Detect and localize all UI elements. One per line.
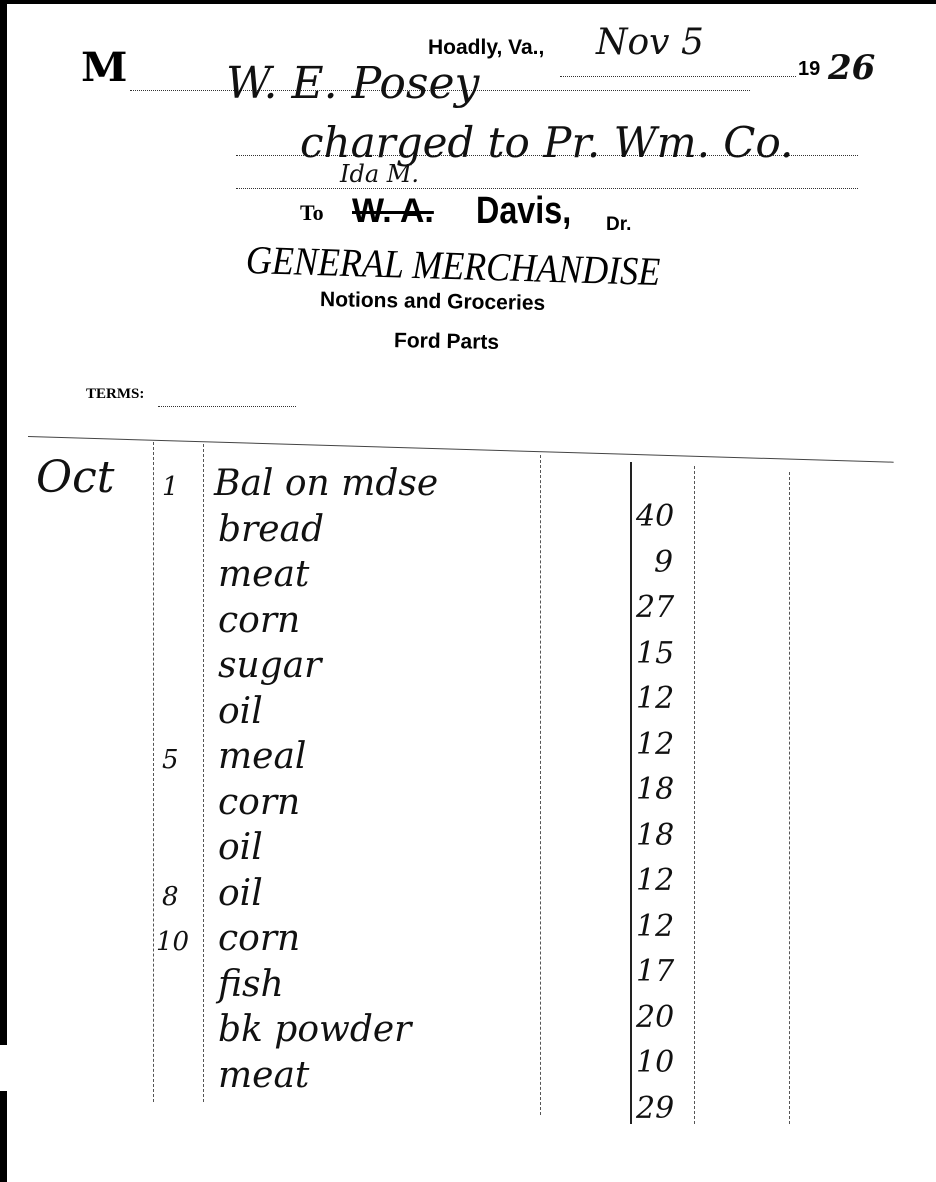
- column-divider-item: [203, 444, 204, 1102]
- ledger-amount: 12: [636, 730, 674, 760]
- customer-name: W. E. Posey: [226, 58, 479, 109]
- ledger-day: 8: [162, 882, 179, 912]
- ledger-month: Oct: [36, 452, 114, 503]
- ledger-amount: 18: [636, 775, 674, 805]
- merchant-surname: Davis,: [476, 190, 571, 233]
- ledger-item: sugar: [218, 648, 321, 684]
- ledger-amount: 12: [636, 866, 674, 896]
- ledger-amount: 18: [636, 821, 674, 851]
- ledger-top-rule: [28, 436, 894, 463]
- ledger-item: Bal on mdse: [214, 466, 438, 502]
- merchant-correction: Ida M.: [340, 160, 419, 188]
- ledger-amount: 29: [636, 1094, 674, 1124]
- ledger-item: corn: [218, 921, 300, 957]
- ledger-amount: 15: [636, 639, 674, 669]
- to-label: To: [300, 200, 324, 226]
- ledger-item: meat: [218, 557, 309, 593]
- column-divider-extension: [789, 472, 790, 1124]
- year-handwritten: 26: [828, 48, 875, 88]
- ledger-item: meal: [218, 739, 306, 775]
- ledger-amount: 12: [636, 684, 674, 714]
- ledger-day: 1: [162, 472, 179, 502]
- ledger-item: corn: [218, 785, 300, 821]
- ledger-day: 5: [162, 745, 179, 775]
- date-line: [560, 76, 796, 77]
- ledger-amount: 12: [636, 912, 674, 942]
- ledger-item: bread: [218, 512, 324, 548]
- column-divider-amount: [630, 462, 632, 1124]
- business-type: GENERAL MERCHANDISE: [245, 236, 660, 295]
- ledger-amount: 9: [654, 548, 673, 578]
- column-divider-cents: [694, 466, 695, 1124]
- business-line-2: Notions and Groceries: [320, 288, 546, 316]
- scan-border-left-lower: [0, 1091, 7, 1182]
- charge-line: [236, 188, 858, 189]
- business-line-3: Ford Parts: [394, 329, 499, 355]
- scan-border-top: [0, 0, 936, 4]
- terms-label: TERMS:: [86, 386, 144, 403]
- ledger-item: oil: [218, 830, 263, 866]
- ledger-day: 10: [156, 927, 189, 957]
- column-divider-day: [153, 442, 154, 1102]
- ledger-item: bk powder: [218, 1012, 411, 1048]
- ledger-item: oil: [218, 694, 263, 730]
- debtor-abbrev: Dr.: [606, 214, 631, 236]
- terms-line: [158, 406, 296, 407]
- column-divider-qty: [540, 455, 541, 1115]
- ledger-amount: 17: [636, 957, 674, 987]
- ledger-amount: 27: [636, 593, 674, 623]
- ledger-amount: 40: [636, 502, 674, 532]
- year-printed: 19: [798, 58, 820, 81]
- ledger-item: corn: [218, 603, 300, 639]
- ledger-amount: 10: [636, 1048, 674, 1078]
- ledger-item: oil: [218, 876, 263, 912]
- salutation-letter: M: [81, 44, 123, 91]
- merchant-initials-struck: W. A.: [352, 192, 434, 231]
- place-label: Hoadly, Va.,: [428, 36, 544, 60]
- ledger-amount: 20: [636, 1003, 674, 1033]
- ledger-item: fish: [218, 967, 284, 1003]
- date-handwritten: Nov 5: [596, 22, 704, 63]
- scan-border-left: [0, 0, 7, 1045]
- ledger-item: meat: [218, 1058, 309, 1094]
